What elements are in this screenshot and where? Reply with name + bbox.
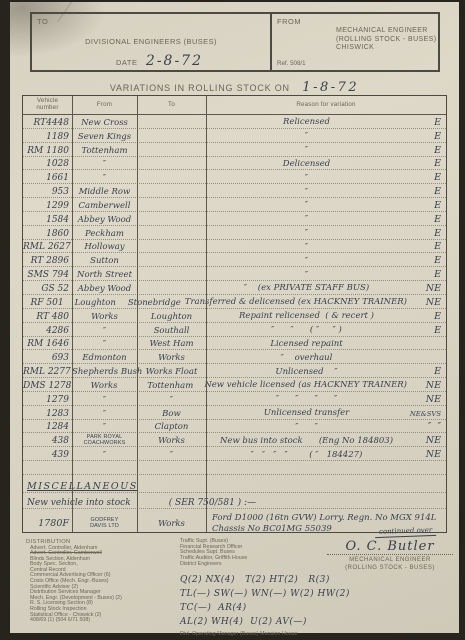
- cell-reason-group: ″ ″ ″ ″: [206, 422, 446, 432]
- cell-vehicle-number: 439: [23, 450, 72, 460]
- table-row: RM 1180 Tottenham ″ E: [23, 143, 446, 157]
- cell-from: Camberwell: [72, 202, 137, 211]
- table-row: 1283 ″ Bow Unlicensed transfer NE&SVS: [23, 406, 446, 420]
- cell-reason-group: Unlicensed transfer NE&SVS: [206, 409, 446, 419]
- cell-vehicle-number: RML 2627: [23, 242, 72, 252]
- cell-licence-flag: E: [407, 256, 446, 266]
- cell-from: Middle Row: [72, 188, 137, 197]
- operating-manager-line: Divl. Operating Manager (Buses) Mansion …: [180, 631, 350, 637]
- table-row: RT4448 New Cross Relicensed E: [23, 115, 446, 129]
- cell-licence-flag: E: [407, 118, 446, 128]
- cell-to: ″: [137, 396, 206, 405]
- cell-from: ″: [72, 327, 137, 336]
- misc-intro-ref: ( SER 750/581 ) :—: [169, 498, 256, 508]
- cell-from: Abbey Wood: [72, 216, 137, 225]
- cell-licence-flag: E: [407, 187, 446, 197]
- cell-vehicle-number: 438: [23, 436, 72, 446]
- cell-to: West Ham: [137, 340, 206, 349]
- distribution-code-line: AL(2) WH(4) U(2) AV(—): [180, 615, 350, 629]
- cell-to: Works: [137, 519, 206, 529]
- misc-reason-line-1: Ford D1000 (16tn GVW) Lorry. Regn. No MG…: [212, 513, 446, 524]
- cell-vehicle-number: GS 52: [23, 284, 72, 294]
- cell-reason-group: ″ E: [206, 242, 446, 252]
- cell-from: ″: [72, 174, 137, 183]
- cell-from: Works: [72, 313, 137, 322]
- cell-reason: Repaint relicensed ( & recert ): [206, 312, 407, 322]
- cell-reason-group: Relicensed E: [206, 118, 446, 128]
- cell-reason-group: ″ E: [206, 270, 446, 280]
- table-row: RM 1646 ″ West Ham Licensed repaint: [23, 337, 446, 351]
- cell-reason: ″: [206, 243, 407, 253]
- cell-from: Peckham: [72, 230, 137, 239]
- distribution-list: Advert. Controller, AldenhamAdvert. Cont…: [26, 546, 176, 624]
- cell-reason-group: ″ E: [206, 215, 446, 225]
- cell-vehicle-number: RM 1180: [23, 146, 72, 156]
- cell-reason-group: Repaint relicensed ( & recert ) E: [206, 312, 446, 322]
- cell-vehicle-number: 1279: [23, 395, 72, 405]
- cell-vehicle-number: RT 480: [23, 312, 72, 322]
- misc-heading: MISCELLANEOUS: [27, 481, 138, 492]
- cell-licence-flag: E: [407, 159, 446, 169]
- cell-reason-group: ″ E: [206, 229, 446, 239]
- cell-vehicle-number: RT 2896: [23, 256, 72, 266]
- misc-intro-row: New vehicle into stock ( SER 750/581 ) :…: [23, 493, 446, 509]
- table-row: GS 52 Abbey Wood ″ (ex PRIVATE STAFF BUS…: [23, 281, 446, 295]
- cell-licence-flag: E: [407, 326, 446, 336]
- table-header: Vehicle number From To Reason for variat…: [23, 96, 446, 115]
- cell-reason: Delicensed: [206, 160, 407, 170]
- cell-from: ″: [72, 160, 137, 169]
- cell-reason: Licensed repaint: [206, 340, 407, 350]
- from-line-2: (ROLLING STOCK - BUSES): [336, 36, 436, 45]
- cell-licence-flag: NE: [407, 381, 446, 391]
- cell-to: Bow: [137, 410, 206, 419]
- from-address: MECHANICAL ENGINEER (ROLLING STOCK - BUS…: [336, 27, 436, 53]
- cell-to: Works Float: [137, 368, 206, 377]
- table-row: 4286 ″ Southall ″ ″ ( ″ ″ ) E: [23, 323, 446, 337]
- cell-licence-flag: E: [407, 201, 446, 211]
- cell-from: ″: [72, 410, 137, 419]
- from-line-1: MECHANICAL ENGINEER: [336, 27, 436, 36]
- misc-intro: New vehicle into stock: [27, 498, 131, 508]
- distribution-code-line: TC(—) AR(4): [180, 601, 350, 615]
- cell-reason: Transferred & delicensed (ex HACKNEY TRA…: [185, 298, 407, 308]
- cell-reason: Relicensed: [206, 118, 407, 128]
- cell-reason-group: ″ E: [206, 201, 446, 211]
- to-value: DIVISIONAL ENGINEERS (BUSES): [32, 37, 270, 46]
- cell-reason-group: New vehicle licensed (as HACKNEY TRAINER…: [204, 381, 446, 391]
- table-row: 1279 ″ ″ ″ ″ ″ ″ NE: [23, 392, 446, 406]
- cell-vehicle-number: 1283: [23, 409, 72, 419]
- variations-table: Vehicle number From To Reason for variat…: [22, 95, 447, 533]
- table-row: 439 ″ ″ ″ ″ ″ ″ ( ″ 184427) NE: [23, 447, 446, 461]
- cell-from: ″: [72, 423, 137, 432]
- misc-section: MISCELLANEOUS: [23, 475, 446, 493]
- cell-licence-flag: NE: [407, 436, 446, 446]
- cell-licence-flag: ″ ″: [407, 422, 446, 432]
- table-row: 1028 ″ Delicensed E: [23, 157, 446, 171]
- column-header-vehicle: Vehicle number: [23, 98, 72, 111]
- cell-from: GODFREY DAVIS LTD: [72, 518, 137, 529]
- date-label: DATE: [116, 58, 137, 67]
- cell-from: Seven Kings: [72, 133, 137, 142]
- column-header-to: To: [137, 102, 206, 109]
- page-title: VARIATIONS IN ROLLING STOCK ON 1-8-72: [10, 78, 459, 96]
- cell-vehicle-number: 953: [23, 187, 72, 197]
- cell-licence-flag: E: [407, 229, 446, 239]
- cell-from: Shepherds Bush: [72, 368, 137, 377]
- from-box: FROM MECHANICAL ENGINEER (ROLLING STOCK …: [272, 14, 438, 70]
- cell-to: ″: [137, 451, 206, 460]
- distribution-code-line: Q(2) NX(4) T(2) HT(2) R(3): [180, 573, 350, 587]
- cell-reason: New bus into stock (Eng No 184803): [206, 437, 407, 447]
- table-row: RML 2627 Holloway ″ E: [23, 240, 446, 254]
- cell-vehicle-number: 693: [23, 353, 72, 363]
- cell-to: Works: [137, 437, 206, 446]
- cell-vehicle-number: RM 1646: [23, 339, 72, 349]
- cell-vehicle-number: SMS 794: [23, 270, 72, 280]
- cell-reason-group: ″ E: [206, 146, 446, 156]
- table-row: 1661 ″ ″ E: [23, 170, 446, 184]
- to-label: TO: [37, 17, 48, 26]
- distribution-block: DISTRIBUTION Advert. Controller, Aldenha…: [26, 539, 176, 624]
- cell-reason: ″: [206, 215, 407, 225]
- cell-licence-flag: E: [407, 312, 446, 322]
- cell-vehicle-number: RF 501: [23, 298, 67, 308]
- cell-reason: ″: [206, 146, 407, 156]
- table-row: 1860 Peckham ″ E: [23, 226, 446, 240]
- column-divider: [206, 96, 207, 532]
- continued-over-note: continued over: [375, 526, 437, 538]
- cell-reason: ″: [206, 174, 407, 184]
- from-label: FROM: [277, 17, 301, 26]
- cell-licence-flag: NE&SVS: [407, 409, 446, 419]
- cell-licence-flag: E: [407, 242, 446, 252]
- cell-licence-flag: E: [407, 146, 446, 156]
- cell-reason: ″ ″ ″ ″ ( ″ 184427): [206, 451, 407, 461]
- table-row: 1189 Seven Kings ″ E: [23, 129, 446, 143]
- cell-vehicle-number: RML 2277: [23, 367, 72, 377]
- cell-reason: Unlicensed ″: [206, 368, 407, 378]
- table-row: 1584 Abbey Wood ″ E: [23, 212, 446, 226]
- cell-vehicle-number: 1189: [23, 132, 72, 142]
- cell-reason-group: ″ E: [206, 132, 446, 142]
- cell-vehicle-number: DMS 1278: [23, 381, 72, 391]
- distribution-code-line: TL(—) SW(—) WN(—) W(2) HW(2): [180, 587, 350, 601]
- cell-reason-group: Unlicensed ″ E: [206, 367, 446, 377]
- cell-licence-flag: NE: [407, 298, 446, 308]
- cell-licence-flag: E: [407, 215, 446, 225]
- cell-vehicle-number: 1661: [23, 173, 72, 183]
- cell-reason: ″: [206, 201, 407, 211]
- cell-licence-flag: E: [407, 270, 446, 280]
- cell-reason: Unlicensed transfer: [206, 409, 407, 419]
- cell-licence-flag: E: [407, 132, 446, 142]
- cell-to: Stonebridge: [124, 299, 185, 308]
- cell-reason: Ford D1000 (16tn GVW) Lorry. Regn. No MG…: [206, 513, 446, 535]
- cell-licence-flag: E: [407, 173, 446, 183]
- column-header-from: From: [72, 102, 137, 109]
- cell-reason-group: ″ overhaul: [206, 354, 446, 364]
- cell-reason-group: ″ E: [206, 173, 446, 183]
- title-date: 1-8-72: [302, 80, 359, 95]
- cell-to: Loughton: [137, 313, 206, 322]
- table-row: RT 480 Works Loughton Repaint relicensed…: [23, 309, 446, 323]
- address-box: TO DIVISIONAL ENGINEERS (BUSES) DATE 2-8…: [30, 12, 440, 72]
- cell-vehicle-number: 1860: [23, 229, 72, 239]
- cell-from: Abbey Wood: [72, 285, 137, 294]
- cell-from: Holloway: [72, 243, 137, 252]
- cell-reason: ″ ″ ″ ″: [206, 395, 407, 405]
- cell-to: Clapton: [137, 423, 206, 432]
- cell-vehicle-number: 1780F: [23, 518, 72, 529]
- cell-licence-flag: NE: [407, 284, 446, 294]
- cell-reason-group: ″ E: [206, 187, 446, 197]
- cell-vehicle-number: 1028: [23, 159, 72, 169]
- cell-reason: ″: [206, 229, 407, 239]
- cell-licence-flag: NE: [407, 450, 446, 460]
- cell-reason-group: Delicensed E: [206, 159, 446, 169]
- cell-from: Tottenham: [72, 147, 137, 156]
- cell-vehicle-number: 4286: [23, 326, 72, 336]
- signatory-subtitle: (ROLLING STOCK - BUSES): [321, 565, 459, 573]
- cell-from: North Street: [72, 271, 137, 280]
- cell-licence-flag: NE: [407, 395, 446, 405]
- cell-reason: ″: [206, 132, 407, 142]
- table-row: 1284 ″ Clapton ″ ″ ″ ″: [23, 420, 446, 434]
- cell-to: Tottenham: [136, 382, 204, 391]
- ref-number: Ref. 508/1: [277, 60, 306, 67]
- cell-from: Works: [72, 382, 136, 391]
- to-box: TO DIVISIONAL ENGINEERS (BUSES) DATE 2-8…: [32, 14, 272, 70]
- scanned-memo-page: TO DIVISIONAL ENGINEERS (BUSES) DATE 2-8…: [10, 2, 459, 633]
- table-row: 438 PARK ROYAL COACHWORKS Works New bus …: [23, 433, 446, 447]
- cell-reason: ″ ″: [206, 423, 407, 433]
- cell-reason: ″ overhaul: [206, 354, 407, 364]
- misc-table-row: 1780F GODFREY DAVIS LTD Works Ford D1000…: [23, 509, 446, 539]
- table-row: 693 Edmonton Works ″ overhaul: [23, 350, 446, 364]
- signatory-title: MECHANICAL ENGINEER: [321, 557, 459, 565]
- table-row: DMS 1278 Works Tottenham New vehicle lic…: [23, 378, 446, 392]
- table-row: 1299 Camberwell ″ E: [23, 198, 446, 212]
- cell-reason-group: ″ ″ ( ″ ″ ) E: [206, 326, 446, 336]
- cell-from: ″: [72, 451, 137, 460]
- cell-reason-group: Licensed repaint: [206, 340, 446, 350]
- cell-from: ″: [72, 396, 137, 405]
- column-divider: [137, 96, 138, 532]
- codes-list: Q(2) NX(4) T(2) HT(2) R(3)TL(—) SW(—) WN…: [180, 573, 350, 629]
- table-row: RML 2277 Shepherds Bush Works Float Unli…: [23, 364, 446, 378]
- cell-reason: ″: [206, 257, 407, 267]
- signature: O. C. Butler: [321, 539, 459, 554]
- cell-from: New Cross: [72, 119, 137, 128]
- cell-to: Works: [137, 354, 206, 363]
- page-footer: DISTRIBUTION Advert. Controller, Aldenha…: [26, 539, 459, 631]
- cell-reason: ″ ″ ( ″ ″ ): [206, 326, 407, 336]
- cell-reason-group: Transferred & delicensed (ex HACKNEY TRA…: [185, 298, 446, 308]
- cell-to: Southall: [137, 327, 206, 336]
- table-body: RT4448 New Cross Relicensed E 1189 Seven…: [23, 115, 446, 475]
- distribution-item: 408/69 (1) (504 6/71 508): [26, 618, 176, 624]
- cell-vehicle-number: 1299: [23, 201, 72, 211]
- title-text: VARIATIONS IN ROLLING STOCK ON: [110, 83, 290, 93]
- cell-reason-group: New bus into stock (Eng No 184803) NE: [206, 436, 446, 446]
- cell-from: PARK ROYAL COACHWORKS: [72, 435, 137, 446]
- cell-reason: ″ (ex PRIVATE STAFF BUS): [206, 284, 407, 294]
- cell-reason: New vehicle licensed (as HACKNEY TRAINER…: [204, 381, 407, 391]
- cell-reason-group: ″ ″ ″ ″ ( ″ 184427) NE: [206, 450, 446, 460]
- from-line-3: CHISWICK: [336, 44, 436, 53]
- cell-vehicle-number: 1584: [23, 215, 72, 225]
- signature-block: O. C. Butler MECHANICAL ENGINEER (ROLLIN…: [321, 539, 459, 572]
- cell-reason: ″: [206, 188, 407, 198]
- cell-from: Loughton: [67, 299, 124, 308]
- cell-from: Edmonton: [72, 354, 137, 363]
- cell-from: ″: [72, 340, 137, 349]
- table-row: 953 Middle Row ″ E: [23, 184, 446, 198]
- cell-from: Sutton: [72, 257, 137, 266]
- column-divider: [72, 96, 73, 532]
- date-row: DATE 2-8-72: [116, 52, 203, 70]
- table-row: RT 2896 Sutton ″ E: [23, 253, 446, 267]
- cell-licence-flag: E: [407, 367, 446, 377]
- signature-line: [327, 554, 453, 555]
- column-header-reason: Reason for variation: [206, 102, 446, 109]
- table-row: SMS 794 North Street ″ E: [23, 267, 446, 281]
- cell-reason-group: ″ (ex PRIVATE STAFF BUS) NE: [206, 284, 446, 294]
- cell-reason: ″: [206, 271, 407, 281]
- cell-vehicle-number: 1284: [23, 422, 72, 432]
- table-row: RF 501 Loughton Stonebridge Transferred …: [23, 295, 446, 309]
- cell-reason-group: ″ ″ ″ ″ NE: [206, 395, 446, 405]
- table-row: [23, 461, 446, 475]
- cell-vehicle-number: RT4448: [23, 118, 72, 128]
- cell-reason-group: ″ E: [206, 256, 446, 266]
- date-value: 2-8-72: [146, 53, 203, 69]
